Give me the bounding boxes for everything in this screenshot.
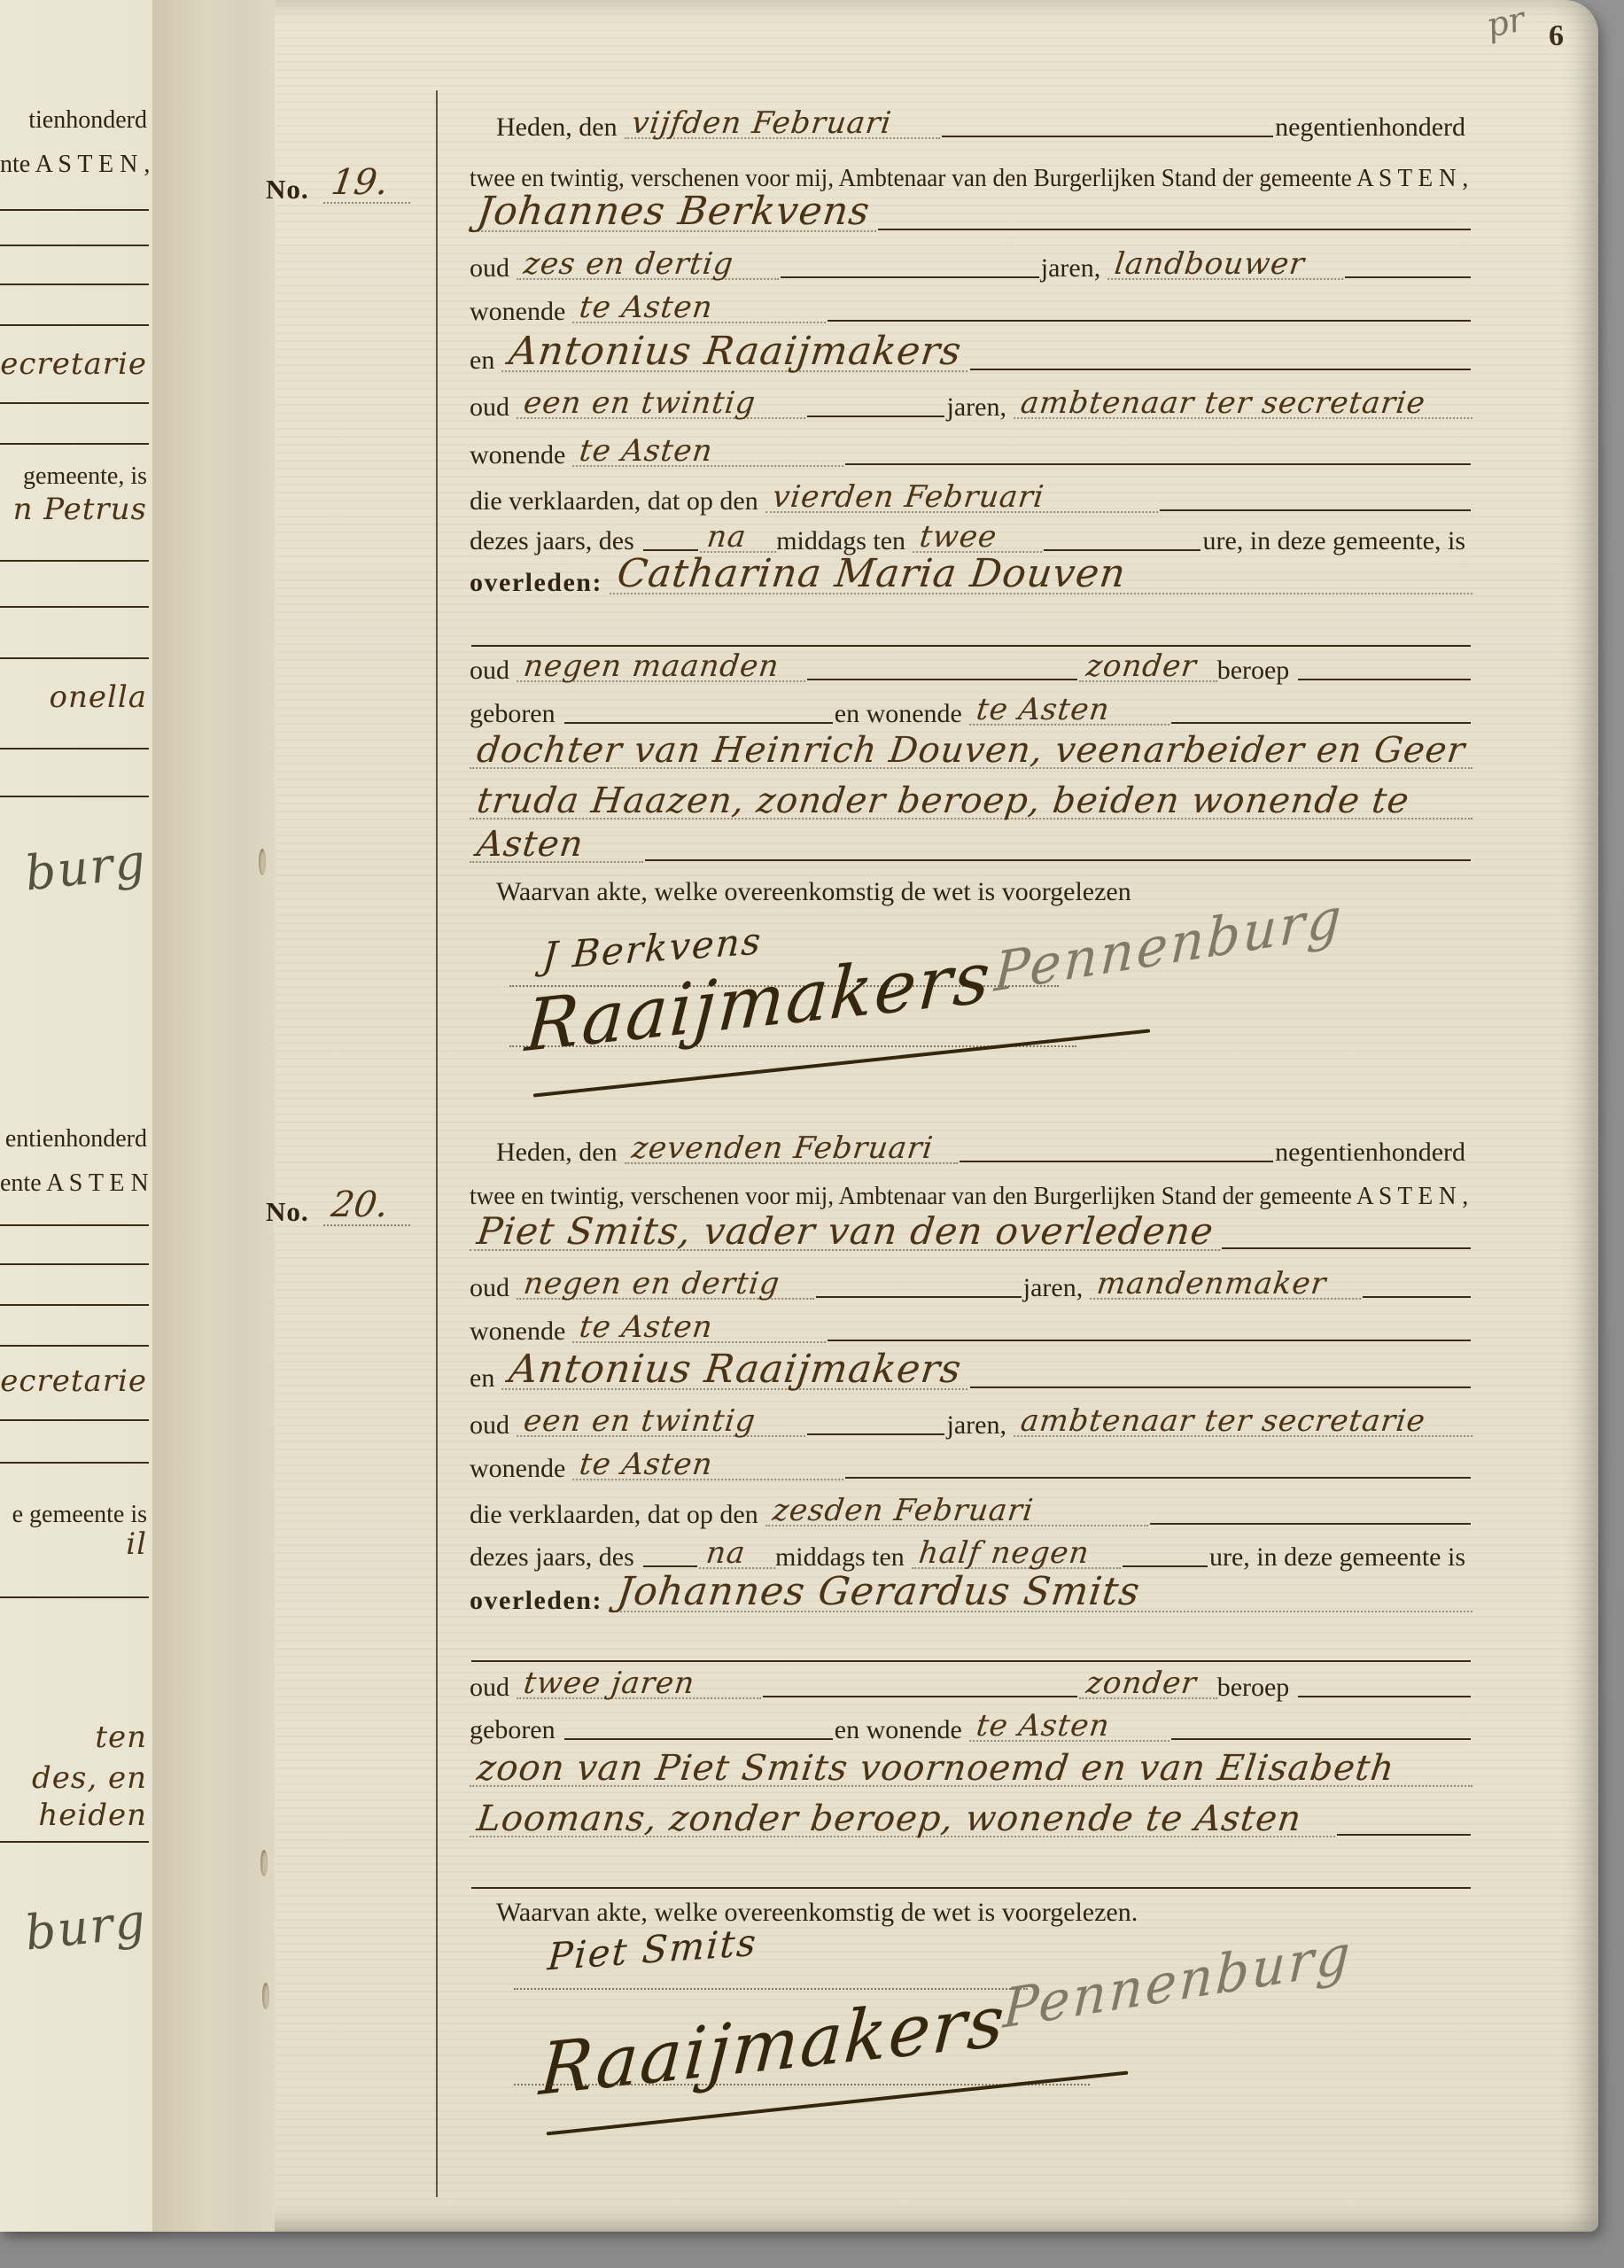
handwritten-entry: mandenmaker [1090, 1270, 1364, 1300]
printed-text: jaren, [946, 1411, 1013, 1445]
ruled-line-fragment [0, 1224, 149, 1226]
printed-text: wonende [470, 1317, 572, 1351]
handwritten-entry: ambtenaar ter secretarie [1014, 1407, 1476, 1437]
handwritten-entry: twee jaren [517, 1669, 765, 1699]
ruled-line [1298, 1696, 1471, 1697]
previous-page-text-fragment: heiden [0, 1800, 147, 1830]
register-page: tienhonderdnte A S T E N ,ecretariegemee… [0, 0, 1598, 2232]
printed-text: dezes jaars, des [470, 1543, 641, 1577]
previous-page-text-fragment: n Petrus [0, 494, 147, 524]
margin-rule [436, 90, 438, 2197]
printed-text: Heden, den [496, 1138, 625, 1172]
ruled-line-fragment [0, 209, 149, 211]
ruled-line-fragment [0, 402, 149, 404]
form-line: Waarvan akte, welke overeenkomstig de we… [470, 1887, 1472, 1931]
handwritten-entry: na [699, 1539, 779, 1569]
ruled-line [1123, 1565, 1208, 1567]
printed-text: oud [470, 1274, 517, 1308]
form-line: oudtwee jarenzonderberoep [470, 1662, 1472, 1706]
previous-page-text-fragment: il [0, 1529, 147, 1559]
previous-page-edge: tienhonderdnte A S T E N ,ecretariegemee… [0, 0, 152, 2232]
handwritten-entry: zesden Februari [765, 1496, 1152, 1526]
previous-page-text-fragment: burg [0, 1897, 149, 1960]
printed-text: en wonende [835, 1716, 969, 1750]
ruled-line-fragment [0, 1419, 149, 1421]
ruled-line [1363, 1296, 1471, 1298]
ruled-line-fragment [0, 657, 149, 659]
ruled-line [1337, 1834, 1471, 1836]
ruled-line [845, 1477, 1471, 1479]
printed-text: en [470, 1364, 501, 1398]
form-line: Loomans, zonder beroep, wonende te Asten [470, 1800, 1472, 1845]
ruled-line [1171, 1738, 1471, 1740]
form-line: die verklaarden, dat op denzesden Februa… [470, 1489, 1472, 1534]
handwritten-entry: Antonius Raaijmakers [501, 1351, 973, 1390]
handwritten-entry: te Asten [572, 1313, 829, 1343]
handwritten-entry: te Asten [572, 1450, 847, 1480]
form-line: wonendete Asten [470, 1443, 1472, 1487]
handwritten-entry: Loomans, zonder beroep, wonende te Asten [470, 1802, 1340, 1837]
ruled-line-fragment [0, 1596, 149, 1598]
ruled-line [828, 1340, 1471, 1341]
handwritten-entry: Piet Smits, vader van den overledene [470, 1214, 1224, 1251]
ruled-line-fragment [0, 1841, 149, 1843]
ruled-line-fragment [0, 606, 149, 608]
handwritten-entry: Johannes Gerardus Smits [610, 1573, 1477, 1612]
printed-text: oud [470, 1411, 517, 1445]
form-line: wonendete Asten [470, 1306, 1472, 1350]
handwritten-entry: te Asten [969, 1712, 1173, 1742]
previous-page-text-fragment: des, en [0, 1763, 147, 1793]
previous-page-text-fragment: onella [0, 682, 147, 712]
handwritten-entry: half negen [912, 1539, 1124, 1569]
ruled-line [1222, 1247, 1471, 1249]
scanned-register-screenshot: tienhonderdnte A S T E N ,ecretariegemee… [0, 0, 1624, 2268]
printed-text: overleden: [470, 1587, 610, 1620]
printed-text: negentienhonderd [1275, 1138, 1472, 1172]
ruled-line [970, 1386, 1471, 1388]
printed-text: beroep [1217, 1674, 1297, 1707]
previous-page-text-fragment: tienhonderd [0, 108, 147, 133]
act-20-no-label: No. [266, 1198, 309, 1225]
ruled-line-fragment [0, 1304, 149, 1306]
ruled-line-fragment [0, 443, 149, 445]
ruled-line-fragment [0, 796, 149, 797]
previous-page-text-fragment: ecretarie [0, 349, 147, 379]
printed-text: geboren [470, 1716, 563, 1750]
handwritten-entry: zevenden Februari [625, 1134, 961, 1164]
binding-stitch [259, 849, 266, 875]
form-line: twee en twintig, verschenen voor mij, Am… [470, 1170, 1472, 1215]
previous-page-text-fragment: ecretarie [0, 1366, 147, 1396]
ruled-line-fragment [0, 245, 149, 246]
printed-text: die verklaarden, dat op den [470, 1501, 765, 1534]
binding-stitch [262, 1983, 269, 2009]
form-line: enAntonius Raaijmakers [470, 1353, 1472, 1397]
handwritten-entry: een en twintig [517, 1407, 809, 1437]
form-line: geborenen wonendete Asten [470, 1705, 1472, 1749]
ruled-line-fragment [0, 1263, 149, 1265]
handwritten-entry: zonder [1079, 1669, 1221, 1699]
ruled-line-fragment [0, 560, 149, 562]
previous-page-text-fragment: entienhonderd [0, 1127, 147, 1152]
previous-page-text-fragment: ente A S T E N , [0, 1171, 147, 1196]
printed-text: jaren, [1023, 1274, 1090, 1308]
ruled-line-fragment [0, 324, 149, 326]
ruled-line-fragment [0, 748, 149, 750]
ruled-line-fragment [0, 1345, 149, 1347]
form-line: oudeen en twintigjaren,ambtenaar ter sec… [470, 1400, 1472, 1444]
printed-text: Waarvan akte, welke overeenkomstig de we… [496, 1899, 1145, 1932]
act-20-number: 20. [323, 1187, 416, 1226]
ruled-line [763, 1696, 1077, 1697]
pencil-annotation: pr [1484, 2, 1527, 43]
ruled-line [643, 1565, 697, 1567]
page-number: 6 [1549, 21, 1564, 51]
ruled-line [564, 1738, 833, 1740]
ruled-line [1150, 1523, 1471, 1525]
form-line: Piet Smits, vader van den overledene [470, 1214, 1472, 1258]
previous-page-text-fragment: nte A S T E N , [0, 152, 147, 177]
handwritten-entry: negen en dertig [517, 1270, 818, 1300]
act-19-number: 19. [323, 165, 416, 204]
ruled-line [816, 1296, 1022, 1298]
form-line: Heden, denzevenden Februarinegentienhond… [470, 1127, 1472, 1171]
previous-page-text-fragment: burg [0, 837, 149, 900]
act-20-body: Heden, denzevenden Februarinegentienhond… [470, 0, 1472, 2232]
printed-text: ure, in deze gemeente is [1209, 1543, 1472, 1577]
ruled-line [960, 1161, 1273, 1162]
binding-stitch [260, 1850, 268, 1876]
ruled-line-fragment [0, 1462, 149, 1464]
form-line: oudnegen en dertigjaren,mandenmaker [470, 1262, 1472, 1307]
form-line: zoon van Piet Smits voornoemd en van Eli… [470, 1750, 1472, 1794]
act-19-no-label: No. [266, 175, 309, 203]
printed-text: wonende [470, 1455, 572, 1488]
handwritten-entry: zoon van Piet Smits voornoemd en van Eli… [470, 1751, 1477, 1787]
ruled-line [807, 1433, 944, 1435]
previous-page-text-fragment: e gemeente is [0, 1503, 147, 1527]
binding-gutter [152, 0, 275, 2232]
form-line: overleden:Johannes Gerardus Smits [470, 1575, 1472, 1619]
previous-page-text-fragment: gemeente, is [0, 464, 147, 489]
previous-page-text-fragment: ten [0, 1722, 147, 1752]
ruled-line-fragment [0, 283, 149, 285]
printed-text: oud [470, 1674, 517, 1707]
